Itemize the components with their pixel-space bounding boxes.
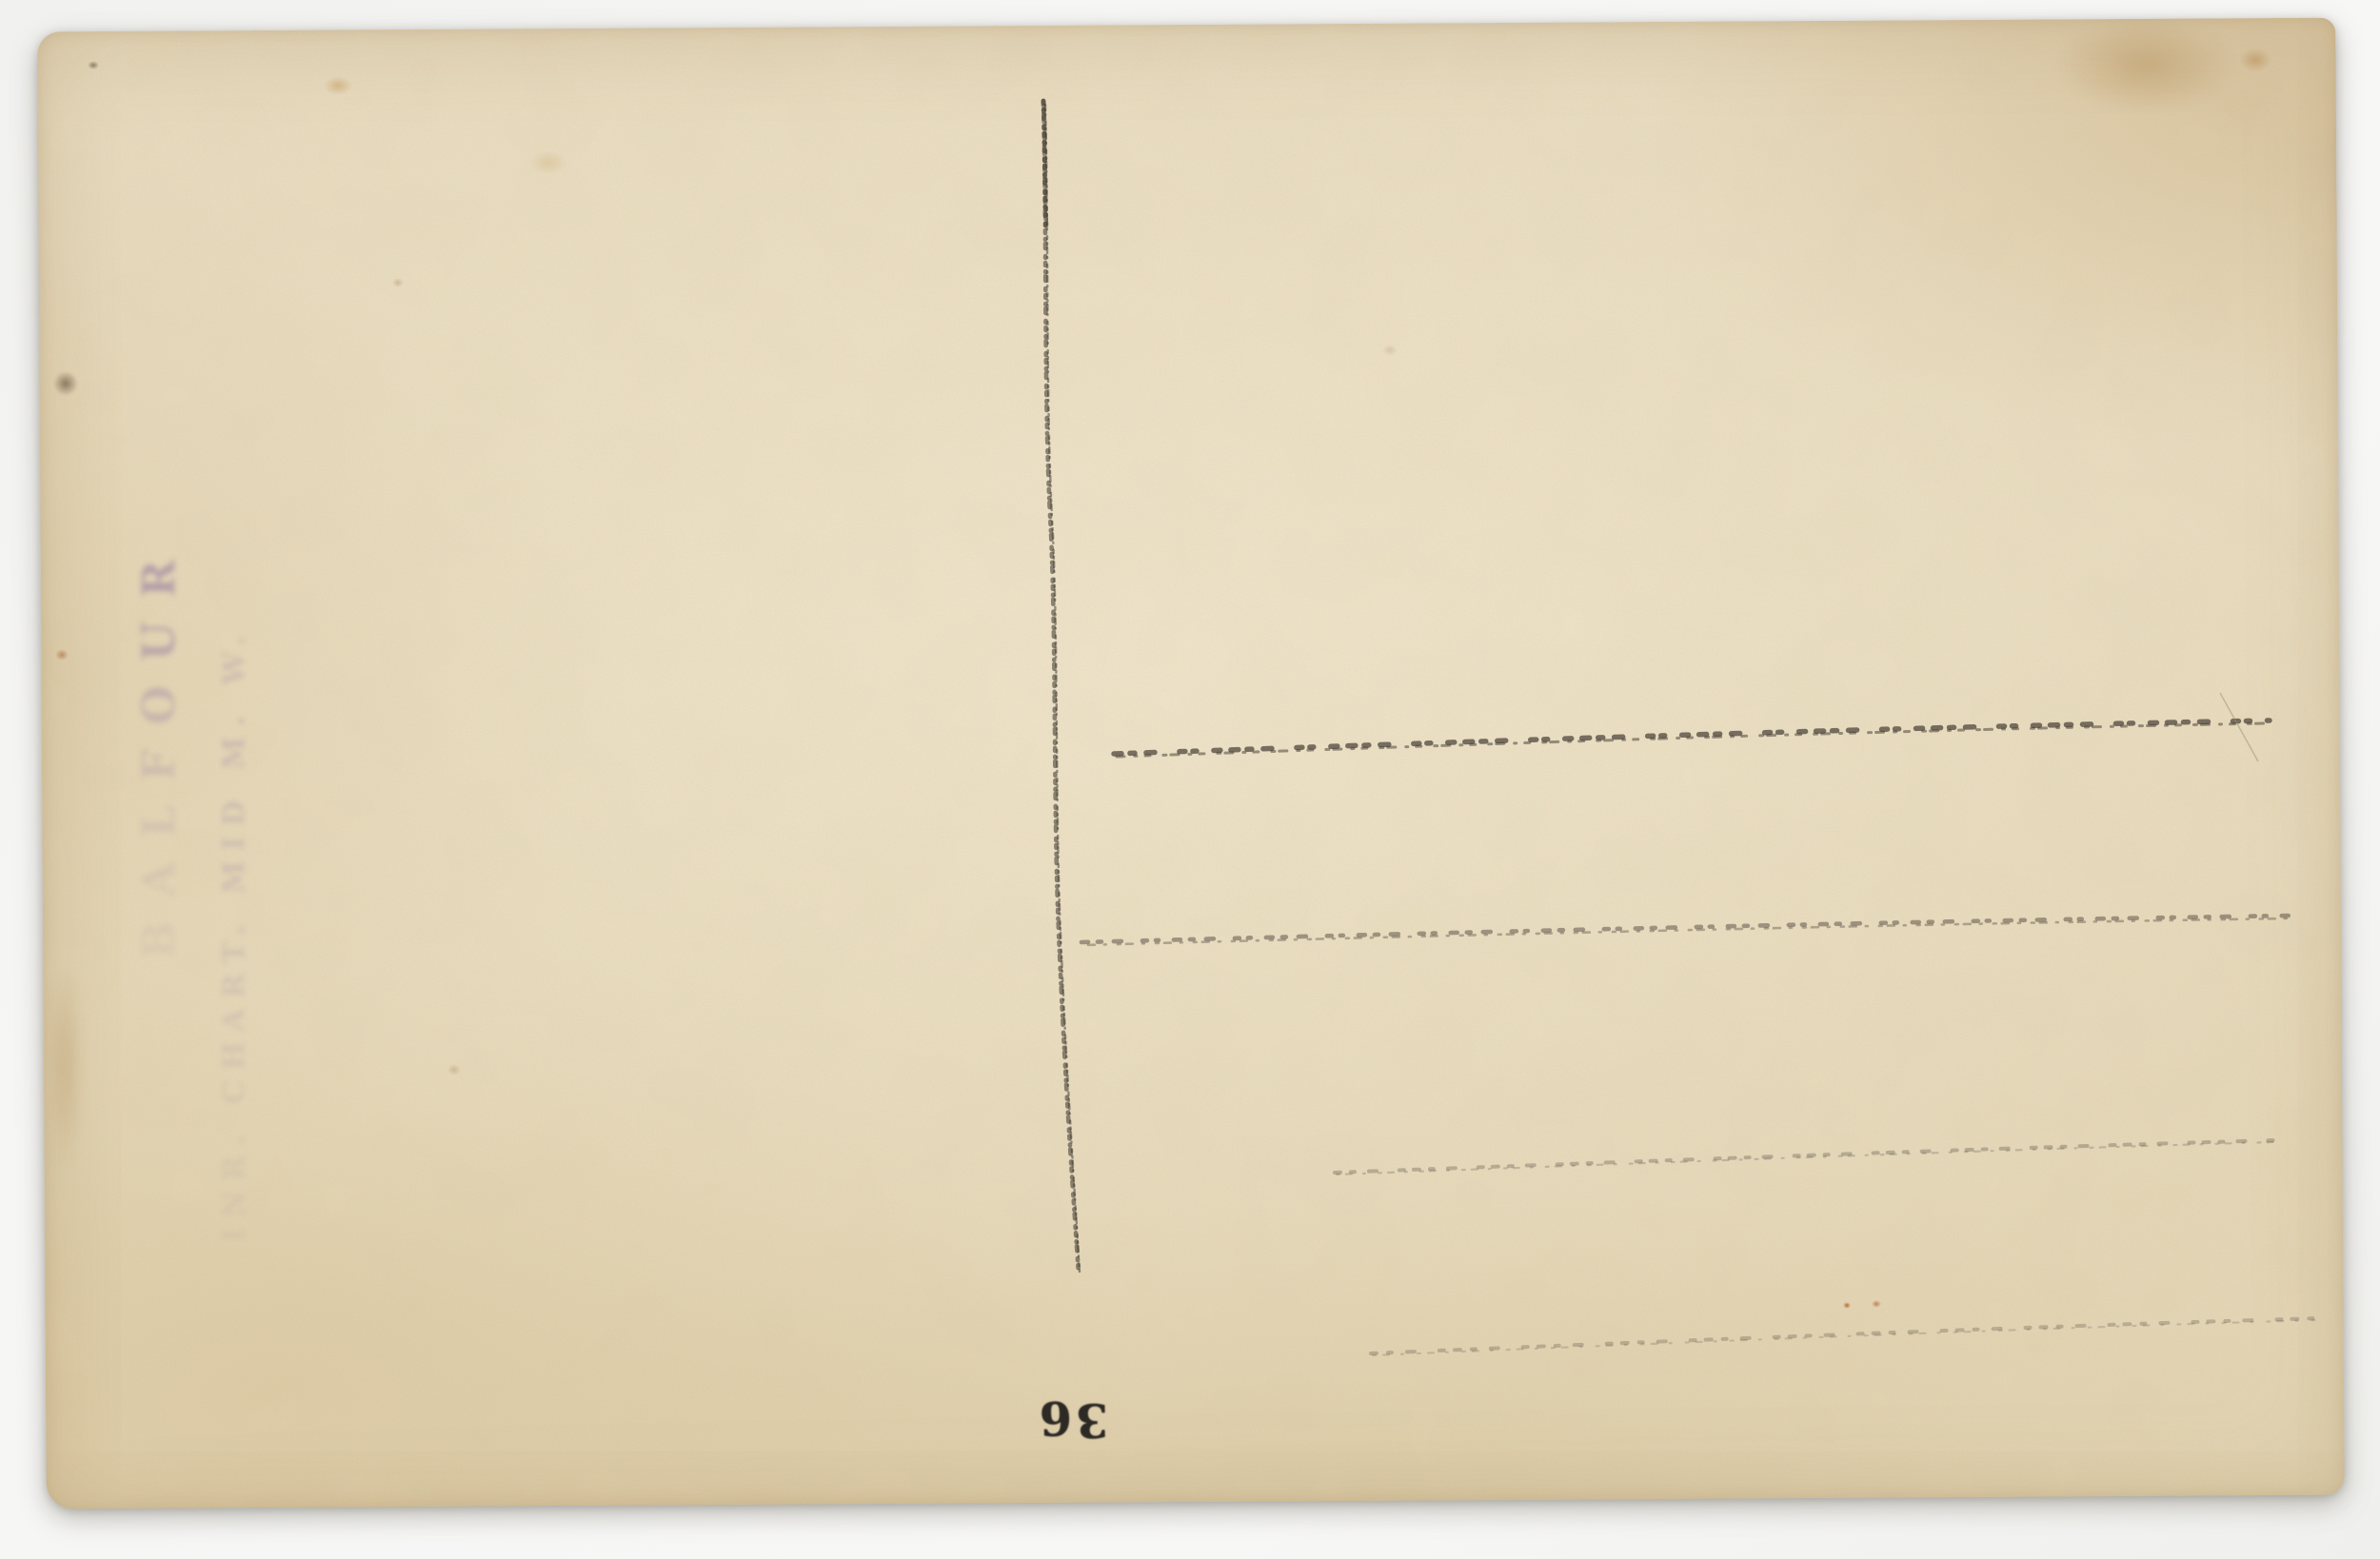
number-digit: 9	[1039, 1391, 1075, 1448]
paper-grain-texture	[37, 18, 2344, 1510]
postcard-back	[37, 18, 2344, 1510]
number-mark: 93	[1039, 1391, 1109, 1448]
number-digit-inverted: 3	[1073, 1392, 1109, 1449]
